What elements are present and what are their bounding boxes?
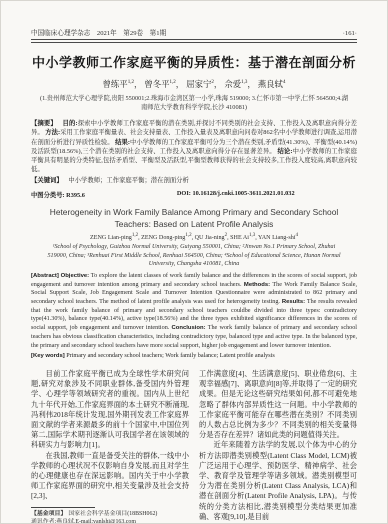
abstract-objective-label-cn: 目的:	[63, 120, 78, 127]
author-cn: 佘爱1,3，	[224, 80, 257, 89]
keywords-en: [Key words] Primary and secondary school…	[31, 352, 357, 361]
fund-line: 【基金项目】国家社会科学基金项目(18BSH062)	[31, 510, 189, 518]
abstract-cn: 【摘要】 目的:探索中小学教师工作家庭平衡的潜在类别,并探讨不同类别的社会支持、…	[31, 119, 357, 175]
abstract-results-label-en: Results:	[282, 299, 305, 305]
author-cn: 燕良轼4	[258, 80, 286, 89]
fund-tag: 【基金项目】	[31, 511, 66, 517]
footnote-rule	[31, 507, 95, 508]
abstract-results-label-cn: 结果:	[115, 139, 130, 146]
clc-number: 中图分类号: R395.6	[31, 190, 85, 199]
keywords-text-en: Primary and secondary school teachers; W…	[66, 353, 274, 359]
meta-line: 中图分类号: R395.6 DOI: 10.16128/j.cnki.1005-…	[31, 190, 357, 199]
journal-page: 中国临床心理学杂志 2021年 第29卷 第1期 ·161· 中小学教师工作家庭…	[0, 0, 388, 524]
affiliations-cn: (1.贵州师范大学心理学院,贵阳 550001;2.珠海市金湾区第一小学,珠海 …	[31, 94, 357, 112]
article-title-en: Heterogeneity in Work Family Balance Amo…	[44, 207, 344, 230]
author-en: ZENG Dong-ping1,2,	[141, 235, 194, 241]
author-cn: 曾练平1,2，	[103, 80, 145, 89]
author-cn: 屈家宁2，	[186, 80, 224, 89]
abstract-methods-label-en: Methods:	[244, 282, 270, 288]
author-en: YAN Liang-shi4	[258, 235, 298, 241]
body-paragraph: 近年来随着方法学的发展,以个体为中心的分析方法即潜类别模型(Latent Cla…	[199, 440, 357, 522]
abstract-objective-label-en: Objective:	[61, 273, 89, 279]
abstract-tag-en: [Abstract]	[31, 273, 59, 279]
abstract-methods-label-cn: 方法:	[45, 129, 60, 136]
left-column: 目前工作家庭平衡已成为全球性学术研究问题,研究对象涉及不同职业群体,备受国内外管…	[31, 369, 189, 524]
right-column: 工作满意度[4]、生活满意度[5]、职业倦怠[6]、主观幸福感[7]、离职意向[…	[199, 369, 357, 524]
fund-text: 国家社会科学基金项目(18BSH062)	[68, 511, 157, 517]
doi: DOI: 10.16128/j.cnki.1005-3611.2021.01.0…	[177, 190, 295, 199]
corresponding-author-line: 通讯作者:燕良轼,E-mail:yanlshi@163.com	[31, 518, 189, 524]
abstract-en: [Abstract] Objective: To explore the lat…	[31, 272, 357, 350]
article-title-cn: 中小学教师工作家庭平衡的异质性：基于潜在剖面分析	[31, 52, 357, 71]
running-head: 中国临床心理学杂志 2021年 第29卷 第1期 ·161·	[31, 27, 357, 37]
abstract-conclusion-label-cn: 结论:	[277, 148, 292, 155]
affiliations-en: ¹School of Psychology, Guizhou Normal Un…	[31, 243, 357, 269]
author-en: ZENG Lian-ping1,2,	[90, 235, 141, 241]
author-line-cn: 曾练平1,2， 曾冬平1,2， 屈家宁2， 佘爱1,3， 燕良轼4	[31, 78, 357, 90]
abstract-conclusion-label-en: Conclusion:	[172, 325, 206, 331]
author-en: SHE Ai1,3,	[230, 235, 258, 241]
author-en: QU Jia-ning2,	[195, 235, 231, 241]
body-paragraph: 目前工作家庭平衡已成为全球性学术研究问题,研究对象涉及不同职业群体,备受国内外管…	[31, 369, 189, 451]
body-paragraph: 在我国,教师一直是备受关注的群体,一线中小学教师的心理状况不仅影响自身发展,而且…	[31, 451, 189, 502]
author-cn: 曾冬平1,2，	[144, 80, 186, 89]
abstract-tag-cn: 【摘要】	[31, 120, 57, 127]
keywords-cn: 【关键词】 中小学教师；工作家庭平衡；潜在剖面分析	[31, 176, 357, 185]
footnote: 【基金项目】国家社会科学基金项目(18BSH062) 通讯作者:燕良轼,E-ma…	[31, 507, 189, 524]
keywords-tag-cn: 【关键词】	[31, 177, 63, 184]
body-paragraph: 工作满意度[4]、生活满意度[5]、职业倦怠[6]、主观幸福感[7]、离职意向[…	[199, 369, 357, 440]
body-columns: 目前工作家庭平衡已成为全球性学术研究问题,研究对象涉及不同职业群体,备受国内外管…	[31, 369, 357, 524]
header-rule	[31, 39, 357, 43]
keywords-tag-en: [Key words]	[31, 353, 65, 359]
page-number: ·161·	[343, 30, 357, 37]
keywords-text-cn: 中小学教师；工作家庭平衡；潜在剖面分析	[68, 177, 189, 184]
author-line-en: ZENG Lian-ping1,2, ZENG Dong-ping1,2, QU…	[31, 233, 357, 241]
journal-issue-line: 中国临床心理学杂志 2021年 第29卷 第1期	[31, 27, 166, 37]
